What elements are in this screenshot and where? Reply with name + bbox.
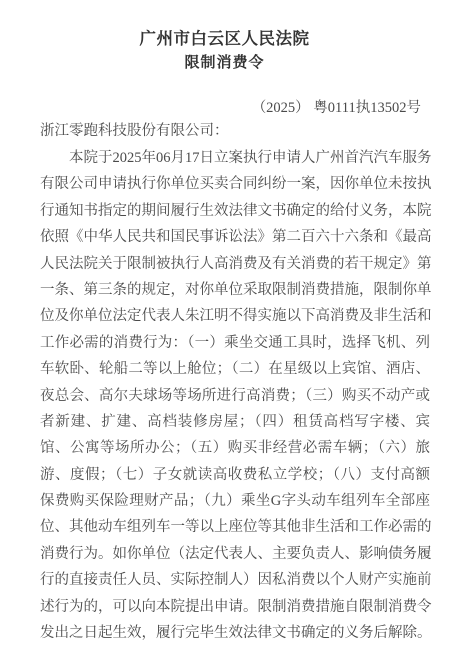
body-line: 游、度假；（七）子女就读高收费私立学校；（八）支付高额 bbox=[40, 462, 430, 488]
body-line: 夜总会、高尔夫球场等场所进行高消费；（三）购买不动产或 bbox=[40, 383, 430, 409]
body-line: 位及你单位法定代表人朱江明不得实施以下高消费及非生活和 bbox=[40, 303, 430, 329]
body-line: 一条、第三条的规定，对你单位采取限制消费措施，限制你单 bbox=[40, 277, 430, 303]
addressee-company: 浙江零跑科技股份有限公司： bbox=[40, 122, 449, 140]
body-line: 位、其他动车组列车一等以上座位等其他非生活和工作必需的 bbox=[40, 514, 430, 540]
body-line: 消费行为。如你单位（法定代表人、主要负责人、影响债务履 bbox=[40, 541, 430, 567]
document-body: 本院于2025年06月17日立案执行申请人广州首汽汽车服务 有限公司申请执行你单… bbox=[40, 145, 430, 646]
court-name: 广州市白云区人民法院 bbox=[0, 29, 449, 48]
case-number: （2025） 粤0111执13502号 bbox=[0, 99, 449, 118]
body-line: 车软卧、轮船二等以上舱位；（二）在星级以上宾馆、酒店、 bbox=[40, 356, 430, 382]
body-line: 发出之日起生效，履行完毕生效法律文书确定的义务后解除。 bbox=[40, 620, 430, 646]
restriction-consumption-order-page: 广州市白云区人民法院 限制消费令 （2025） 粤0111执13502号 浙江零… bbox=[0, 0, 449, 661]
body-line: 保费购买保险理财产品；（九）乘坐G字头动车组列车全部座 bbox=[40, 488, 430, 514]
body-line: 工作必需的消费行为：（一）乘坐交通工具时，选择飞机、列 bbox=[40, 330, 430, 356]
body-line: 馆、公寓等场所办公；（五）购买非经营必需车辆；（六）旅 bbox=[40, 435, 430, 461]
body-line: 述行为的，可以向本院提出申请。限制消费措施自限制消费令 bbox=[40, 594, 430, 620]
body-line: 者新建、扩建、高档装修房屋；（四）租赁高档写字楼、宾 bbox=[40, 409, 430, 435]
body-line: 行通知书指定的期间履行生效法律文书确定的给付义务，本院 bbox=[40, 198, 430, 224]
body-line: 有限公司申请执行你单位买卖合同纠纷一案，因你单位未按执 bbox=[40, 171, 430, 197]
body-line: 依照《中华人民共和国民事诉讼法》第二百六十六条和《最高 bbox=[40, 224, 430, 250]
document-title: 限制消费令 bbox=[0, 54, 449, 72]
body-line: 人民法院关于限制被执行人高消费及有关消费的若干规定》第 bbox=[40, 251, 430, 277]
body-line: 行的直接责任人员、实际控制人）因私消费以个人财产实施前 bbox=[40, 567, 430, 593]
body-line: 本院于2025年06月17日立案执行申请人广州首汽汽车服务 bbox=[40, 145, 430, 171]
